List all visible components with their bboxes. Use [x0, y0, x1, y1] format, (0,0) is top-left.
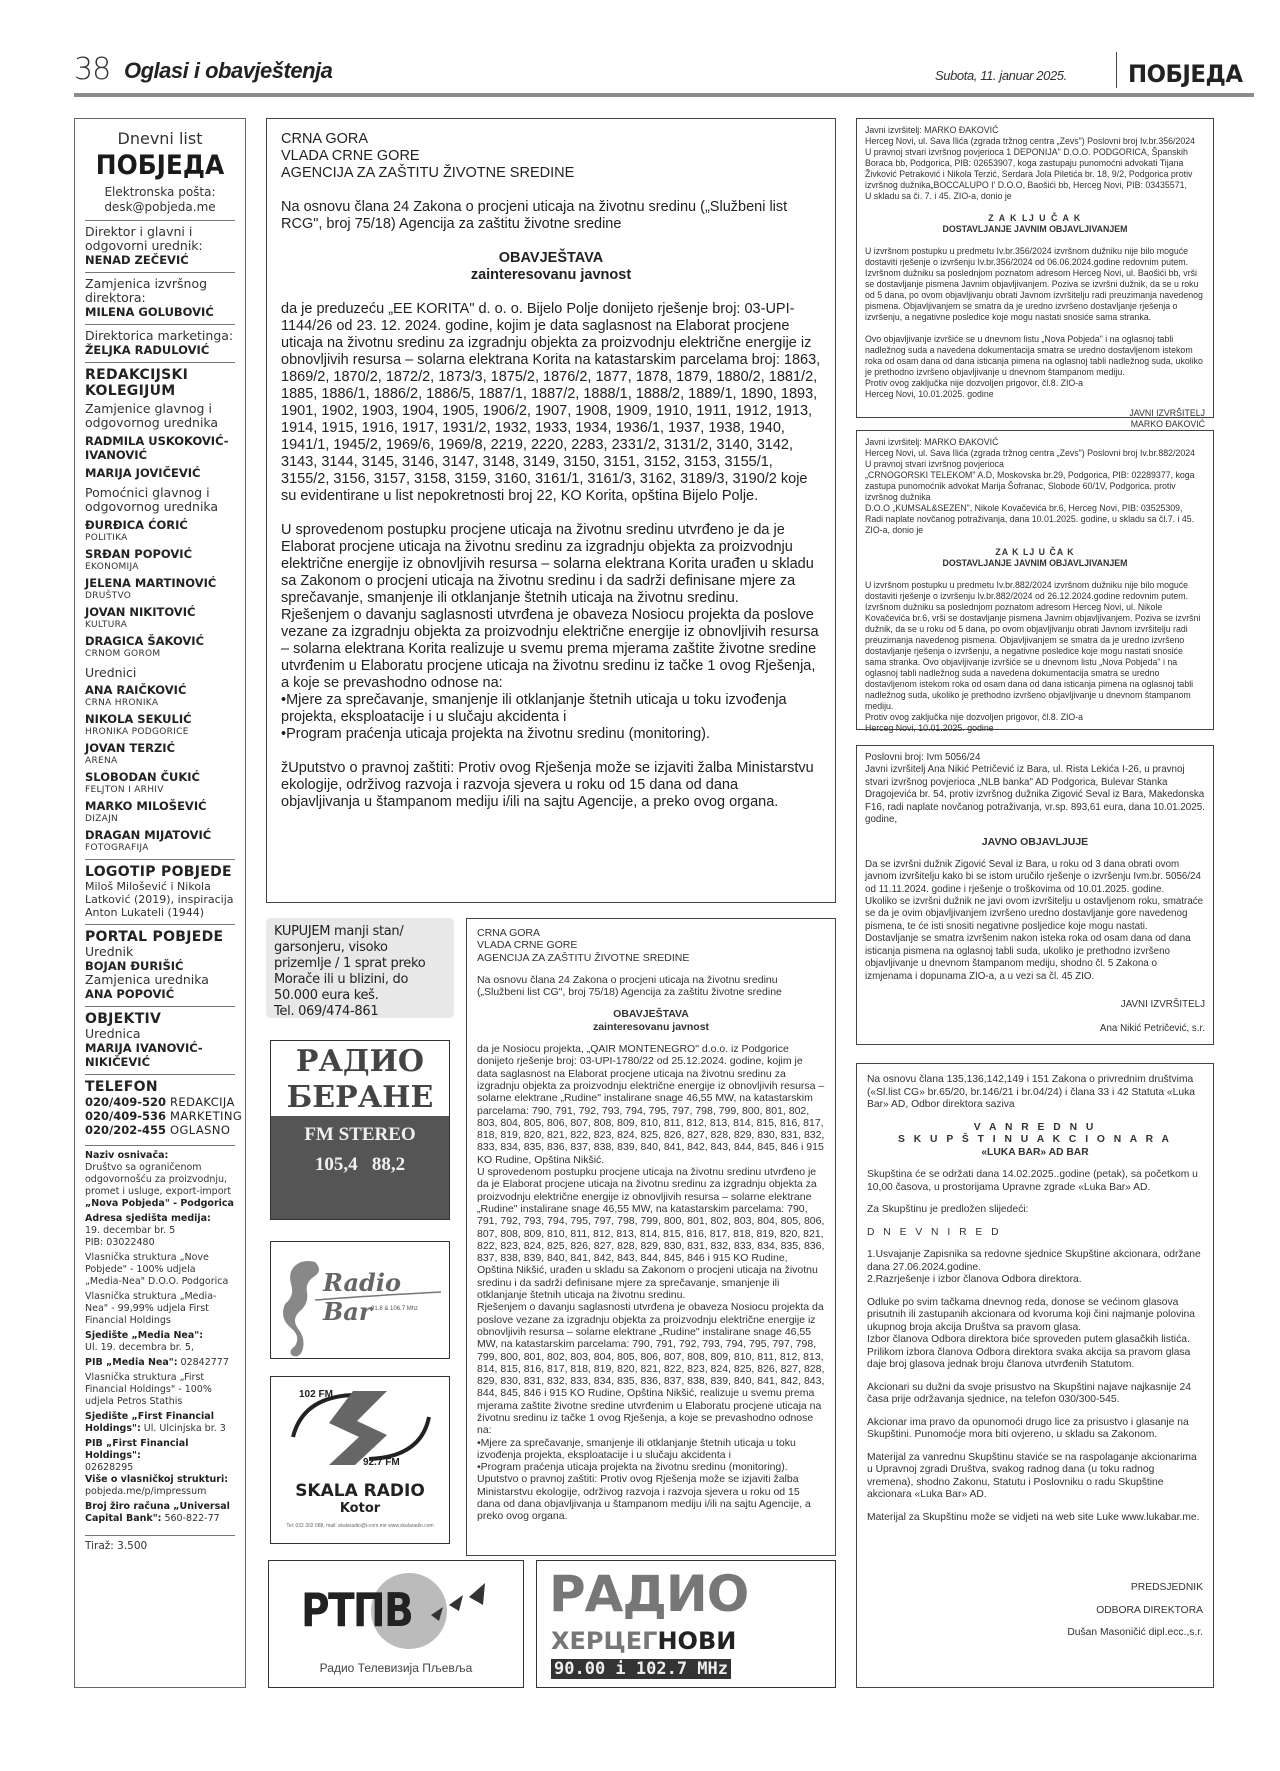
station-contact: Tel: 032 302 688, mail: skalaradio@t-com… [281, 1523, 439, 1529]
notice-subtitle: zainteresovanu javnost [477, 1021, 825, 1033]
notice-legal: Uputstvo o pravnoj zaštiti: Protiv ovog … [477, 1473, 825, 1522]
ffh-pib: 02628295 [85, 1462, 235, 1474]
assistant-entry: JOVAN NIKITOVIĆKULTURA [85, 605, 235, 631]
case-number: Poslovni broj: Ivm 5056/24 [865, 752, 1205, 764]
radio-label: РАДИО [271, 1041, 449, 1080]
notice-body: Rješenjem o davanju saglasnosti utvrđena… [281, 607, 821, 692]
frequency-label: 92.7 FM [363, 1457, 400, 1468]
enforcer-line: Javni izvršitelj: MARKO ĐAKOVIĆ [865, 125, 1205, 136]
notice-country: CRNA GORA [477, 927, 825, 939]
deputy-exec-name: MILENA GOLUBOVIĆ [85, 305, 235, 319]
signature-title: ODBORA DIREKTORA [867, 1605, 1203, 1618]
notice-javno-objavljuje: Poslovni broj: Ivm 5056/24 Javni izvršit… [856, 745, 1214, 1045]
portal-deputy-name: ANA POPOVIĆ [85, 987, 235, 1001]
email-link[interactable]: desk@pobjeda.me [85, 200, 235, 215]
zakljucak-body: U izvršnom postupku u predmetu Iv.br.356… [865, 246, 1205, 323]
notice-agency: AGENCIJA ZA ZAŠTITU ŽIVOTNE SREDINE [477, 952, 825, 964]
ownership-ffh: Vlasnička struktura „First Financial Hol… [85, 1372, 235, 1408]
impressum-sidebar: Dnevni list ПОБЈЕДА Elektronska pošta: d… [74, 118, 246, 1688]
zakljucak-title: Z A K LJ U Č A K [865, 213, 1205, 224]
station-name: Радио Телевизија Пљевља [269, 1661, 523, 1675]
portal-editor-name: BOJAN ĐURIŠIĆ [85, 959, 235, 973]
notice-bullet: •Mjere za sprečavanje, smanjenje ili otk… [281, 692, 821, 726]
media-nea-pib-label: PIB „Media Nea": [85, 1357, 178, 1368]
editor-entry: DRAGAN MIJATOVIĆFOTOGRAFIJA [85, 828, 235, 854]
skala-radio-ad: 102 FM 92.7 FM SKALA RADIO Kotor Tel: 03… [270, 1376, 450, 1544]
notice-qair-rudine: CRNA GORA VLADA CRNE GORE AGENCIJA ZA ZA… [466, 918, 836, 1556]
zakljucak-body: U izvršnom postupku u predmetu Iv.br.882… [865, 580, 1205, 712]
sidebar-logo: ПОБЈЕДА [91, 150, 229, 181]
basis-line: Radi naplate novčanog potraživanja, dana… [865, 514, 1205, 536]
basis-line: U skladu sa či. 7. i 45. ZIO-a, donio je [865, 191, 1205, 202]
header-rule [74, 93, 1254, 97]
station-name: Radio Bar [323, 1268, 449, 1326]
email-label: Elektronska pošta: [85, 185, 235, 200]
media-nea-seat-label: Sjedište „Media Nea": [85, 1330, 203, 1341]
signature-name: Ana Nikić Petričević, s.r. [865, 1023, 1205, 1035]
divider [85, 362, 235, 363]
signature-name: Dušan Masoničić dipl.ecc.,s.r. [867, 1627, 1203, 1640]
assembly-website: Materijal za Skupštinu može se vidjeti n… [867, 1512, 1203, 1525]
notice-body: da je Nosiocu projekta, „QAIR MONTENEGRO… [477, 1043, 825, 1166]
signature-title: JAVNI IZVRŠITELJ [865, 408, 1205, 419]
radio-herceg-novi-ad: РАДИО ХЕРЦЕГНОВИ 90.00 i 102.7 MHz [536, 1560, 836, 1688]
zakljucak-subtitle: DOSTAVLJANJE JAVNIM OBJAVLJIVANJEM [865, 558, 1205, 569]
objektiv-editor-name: MARIJA IVANOVIĆ-NIKIČEVIĆ [85, 1041, 235, 1069]
notice-body: da je preduzeću „EE KORITA" d. o. o. Bij… [281, 301, 821, 505]
ffh-seat: Ul. Ulcinjska br. 3 [144, 1423, 226, 1434]
marketing-label: Direktorica marketinga: [85, 329, 235, 343]
header-divider [1116, 52, 1117, 88]
notice-bullet: •Mjere za sprečavanje, smanjenje ili otk… [477, 1437, 825, 1462]
editor-entry: ANA RAIČKOVIĆCRNA HRONIKA [85, 683, 235, 709]
assembly-text: Akcionari su dužni da svoje prisustvo na… [867, 1382, 1203, 1407]
deputy-name: MARIJA JOVIČEVIĆ [85, 466, 235, 480]
station-frequencies: 91.8 & 106.7 Mhz [371, 1306, 418, 1312]
more-ownership-label: Više o vlasničkoj strukturi: [85, 1474, 228, 1485]
signature-name: MARKO ĐAKOVIĆ [865, 419, 1205, 430]
kolegijum-title: REDAKCIJSKI KOLEGIJUM [85, 367, 235, 399]
station-frequencies: 105,4 88,2 [271, 1146, 449, 1176]
section-title: Oglasi i obavještenja [124, 58, 332, 84]
parties-line: D.O.O „KUMSAL&SEZEN", Nikole Kovačevića … [865, 503, 1205, 514]
assistant-entry: JELENA MARTINOVIĆDRUŠTVO [85, 576, 235, 602]
notice-agency: AGENCIJA ZA ZAŠTITU ŽIVOTNE SREDINE [281, 165, 821, 182]
zakljucak-body: Protiv ovog zaključka nije dozvoljen pri… [865, 378, 1205, 389]
signature-title: JAVNI IZVRŠITELJ [865, 999, 1205, 1011]
marketing-name: ŽELJKA RADULOVIĆ [85, 343, 235, 357]
notice-ee-korita: CRNA GORA VLADA CRNE GORE AGENCIJA ZA ZA… [266, 118, 836, 903]
notice-intro: Na osnovu člana 24 Zakona o procjeni uti… [281, 199, 821, 233]
notice-body: Da se izvršni dužnik Zigović Seval iz Ba… [865, 859, 1205, 896]
sidebar-daily-label: Dnevni list [85, 129, 235, 148]
divider [85, 272, 235, 273]
address-line: Herceg Novi, ul. Sava Ilića (zgrada tržn… [865, 136, 1205, 147]
pib: PIB: 03022480 [85, 1237, 235, 1249]
assembly-text: Materijal za vanrednu Skupštinu staviće … [867, 1452, 1203, 1502]
logotip-title: LOGOTIP POBJEDE [85, 864, 235, 880]
notice-body: Rješenjem o davanju saglasnosti utvrđena… [477, 1301, 825, 1436]
divider [85, 1074, 235, 1075]
radio-bar-ad: Radio Bar 91.8 & 106.7 Mhz [270, 1241, 450, 1359]
notice-title: OBAVJEŠTAVA [281, 250, 821, 267]
divider [85, 220, 235, 221]
divider [85, 1145, 235, 1146]
ownership-nova-pobjeda: Vlasnička struktura „Nove Pobjede" - 100… [85, 1252, 235, 1288]
notice-body: U sprovedenom postupku procjene uticaja … [281, 522, 821, 607]
address-label: Adresa sjedišta medija: [85, 1213, 211, 1224]
deputies-label: Zamjenice glavnog i odgovornog urednika [85, 402, 235, 430]
founder-name: „Nova Pobjeda" - Podgorica [85, 1198, 234, 1209]
parties-line: Javni izvršitelj Ana Nikić Petričević iz… [865, 764, 1205, 826]
station-frequencies: 90.00 i 102.7 MHz [551, 1659, 731, 1679]
enforcer-line: Javni izvršitelj: MARKO ĐAKOVIĆ [865, 437, 1205, 448]
portal-title: PORTAL POBJEDE [85, 929, 235, 945]
assistant-entry: ĐURĐICA ĆORIĆPOLITIKA [85, 518, 235, 544]
assistant-entry: SRĐAN POPOVIĆEKONOMIJA [85, 547, 235, 573]
account-number: 560-822-77 [164, 1513, 219, 1524]
notice-government: VLADA CRNE GORE [281, 148, 821, 165]
founder-text: Društvo sa ograničenom odgovornošću za p… [85, 1162, 235, 1198]
media-nea-pib: 02842777 [181, 1357, 229, 1368]
director-label: Direktor i glavni i odgovorni urednik: [85, 225, 235, 253]
signature-title: PREDSJEDNIK [867, 1582, 1203, 1595]
director-name: NENAD ZEČEVIĆ [85, 253, 235, 267]
station-city: Kotor [271, 1501, 449, 1516]
station-name: БЕРАНЕ [271, 1080, 449, 1116]
notice-zakljucak-882: Javni izvršitelj: MARKO ĐAKOVIĆ Herceg N… [856, 430, 1214, 730]
zakljucak-subtitle: DOSTAVLJANJE JAVNIM OBJAVLJIVANJEM [865, 224, 1205, 235]
address-line: Herceg Novi, ul. Sava Ilića (zgrada tržn… [865, 448, 1205, 459]
notice-body: U sprovedenom postupku procjene uticaja … [477, 1166, 825, 1301]
editor-entry: NIKOLA SEKULIĆHRONIKA PODGORICE [85, 712, 235, 738]
assembly-text: Odluke po svim tačkama dnevnog reda, don… [867, 1297, 1203, 1335]
zakljucak-body: Protiv ovog zaključka nije dozvoljen pri… [865, 712, 1205, 723]
radio-label: РАДИО [549, 1565, 748, 1623]
objektiv-editor-label: Urednica [85, 1027, 235, 1041]
address: 19. decembar br. 5 [85, 1225, 235, 1237]
station-name: SKALA RADIO [271, 1481, 449, 1501]
assembly-text: Izbor članova Odbora direktora biće spro… [867, 1334, 1203, 1347]
notice-bullet: •Program praćenja uticaja projekta na ži… [477, 1461, 825, 1473]
impressum-link[interactable]: pobjeda.me/p/impressum [85, 1486, 235, 1498]
station-name: ХЕРЦЕГНОВИ [551, 1627, 736, 1655]
classified-text: KUPUJEM manji stan/ garsonjeru, visoko p… [274, 924, 446, 1004]
notice-government: VLADA CRNE GORE [477, 939, 825, 951]
notice-intro: Na osnovu člana 24 Zakona o procjeni uti… [477, 974, 825, 999]
phone-row: 020/409-536 MARKETING [85, 1109, 235, 1123]
station-logo: РТПВ [301, 1583, 412, 1637]
frequency-label: 102 FM [299, 1389, 333, 1400]
editor-entry: MARKO MILOŠEVIĆDIZAJN [85, 799, 235, 825]
assistant-entry: DRAGICA ŠAKOVIĆCRNOM GOROM [85, 634, 235, 660]
editor-entry: SLOBODAN ČUKIĆFELJTON I ARHIV [85, 770, 235, 796]
classified-ad-kupujem: KUPUJEM manji stan/ garsonjeru, visoko p… [266, 918, 454, 1018]
notice-body: Ukoliko se izvršni dužnik ne javi ovom i… [865, 896, 1205, 933]
logotip-text: Miloš Milošević i Nikola Latković (2019)… [85, 880, 235, 919]
portal-deputy-label: Zamjenica urednika [85, 973, 235, 987]
deputy-name: RADMILA USKOKOVIĆ-IVANOVIĆ [85, 434, 235, 462]
newspaper-logo: ПОБЈЕДА [1128, 60, 1243, 88]
divider [85, 324, 235, 325]
circulation: Tiraž: 3.500 [85, 1540, 235, 1552]
assembly-date: Skupština će se održati dana 14.02.2025.… [867, 1169, 1203, 1194]
notice-bullet: •Program praćenja uticaja projekta na ži… [281, 726, 821, 743]
fm-stereo-label: FM STEREO [271, 1116, 449, 1146]
telefon-title: TELEFON [85, 1079, 235, 1095]
parties-line: U pravnoj stvari izvršnog povjerioca 1 D… [865, 147, 1205, 191]
portal-editor-label: Urednik [85, 945, 235, 959]
zakljucak-body: Ovo objavljivanje izvršiće se u dnevnom … [865, 334, 1205, 378]
editors-label: Urednici [85, 666, 235, 680]
page-number: 38 [74, 52, 110, 87]
assembly-text: Za Skupštinu je predložen slijedeći: [867, 1204, 1203, 1217]
agenda-title: D N E V N I R E D [867, 1227, 1203, 1240]
notice-title: JAVNO OBJAVLJUJE [865, 836, 1205, 848]
agenda-item: 1.Usvajanje Zapisnika sa redovne sjednic… [867, 1249, 1203, 1274]
assistants-label: Pomoćnici glavnog i odgovornog urednika [85, 486, 235, 514]
zakljucak-date: Herceg Novi, 10.01.2025. godine [865, 723, 1205, 734]
divider [85, 1006, 235, 1007]
notice-title: OBAVJEŠTAVA [477, 1008, 825, 1020]
notice-legal: žUputstvo o pravnoj zaštiti: Protiv ovog… [281, 760, 821, 811]
classified-phone: Tel. 069/474-861 [274, 1004, 446, 1020]
parties-line: U pravnoj stvari izvršnog povjerioca [865, 459, 1205, 470]
issue-date: Subota, 11. januar 2025. [935, 68, 1067, 83]
divider [85, 859, 235, 860]
radio-berane-ad: РАДИО БЕРАНЕ FM STEREO 105,4 88,2 [270, 1040, 450, 1220]
rtpv-ad: РТПВ Радио Телевизија Пљевља [268, 1560, 524, 1688]
divider [85, 924, 235, 925]
zakljucak-title: ZA K LJ U ČA K [865, 547, 1205, 558]
assembly-text: Akcionar ima pravo da opunomoći drugo li… [867, 1417, 1203, 1442]
assembly-text: Prilikom izbora članova Odbora direktora… [867, 1347, 1203, 1372]
ownership-media-nea: Vlasnička struktura „Media-Nea" - 99,99%… [85, 1291, 235, 1327]
notice-body: Dostavljanje se smatra izvršenim nakon i… [865, 933, 1205, 983]
notice-subtitle: zainteresovanu javnost [281, 267, 821, 284]
ffh-pib-label: PIB „First Financial Holdings": [85, 1438, 188, 1461]
divider [85, 1535, 235, 1536]
phone-row: 020/409-520 REDAKCIJA [85, 1095, 235, 1109]
media-nea-seat: Ul. 19. decembra br. 5, [85, 1342, 235, 1354]
editor-entry: JOVAN TERZIĆARENA [85, 741, 235, 767]
assembly-intro: Na osnovu člana 135,136,142,149 i 151 Za… [867, 1074, 1203, 1112]
founder-label: Naziv osnivača: [85, 1150, 168, 1161]
notice-luka-bar-assembly: Na osnovu člana 135,136,142,149 i 151 Za… [856, 1063, 1214, 1688]
agenda-item: 2.Razrješenje i izbor članova Odbora dir… [867, 1274, 1203, 1287]
notice-country: CRNA GORA [281, 131, 821, 148]
zakljucak-date: Herceg Novi, 10.01.2025. godine [865, 389, 1205, 400]
deputy-exec-label: Zamjenica izvršnog direktora: [85, 277, 235, 305]
assembly-title: S K U P Š T I N U A K C I O N A R A [867, 1134, 1203, 1147]
notice-zakljucak-356: Javni izvršitelj: MARKO ĐAKOVIĆ Herceg N… [856, 118, 1214, 418]
phone-row: 020/202-455 OGLASNO [85, 1123, 235, 1137]
assembly-company: «LUKA BAR» AD BAR [867, 1147, 1203, 1160]
skala-s-logo-icon [271, 1377, 451, 1477]
parties-line: „CRNOGORSKI TELEKOM" A.D, Moskovska br.2… [865, 470, 1205, 503]
objektiv-title: OBJEKTIV [85, 1011, 235, 1027]
assembly-title: V A N R E D N U [867, 1122, 1203, 1135]
